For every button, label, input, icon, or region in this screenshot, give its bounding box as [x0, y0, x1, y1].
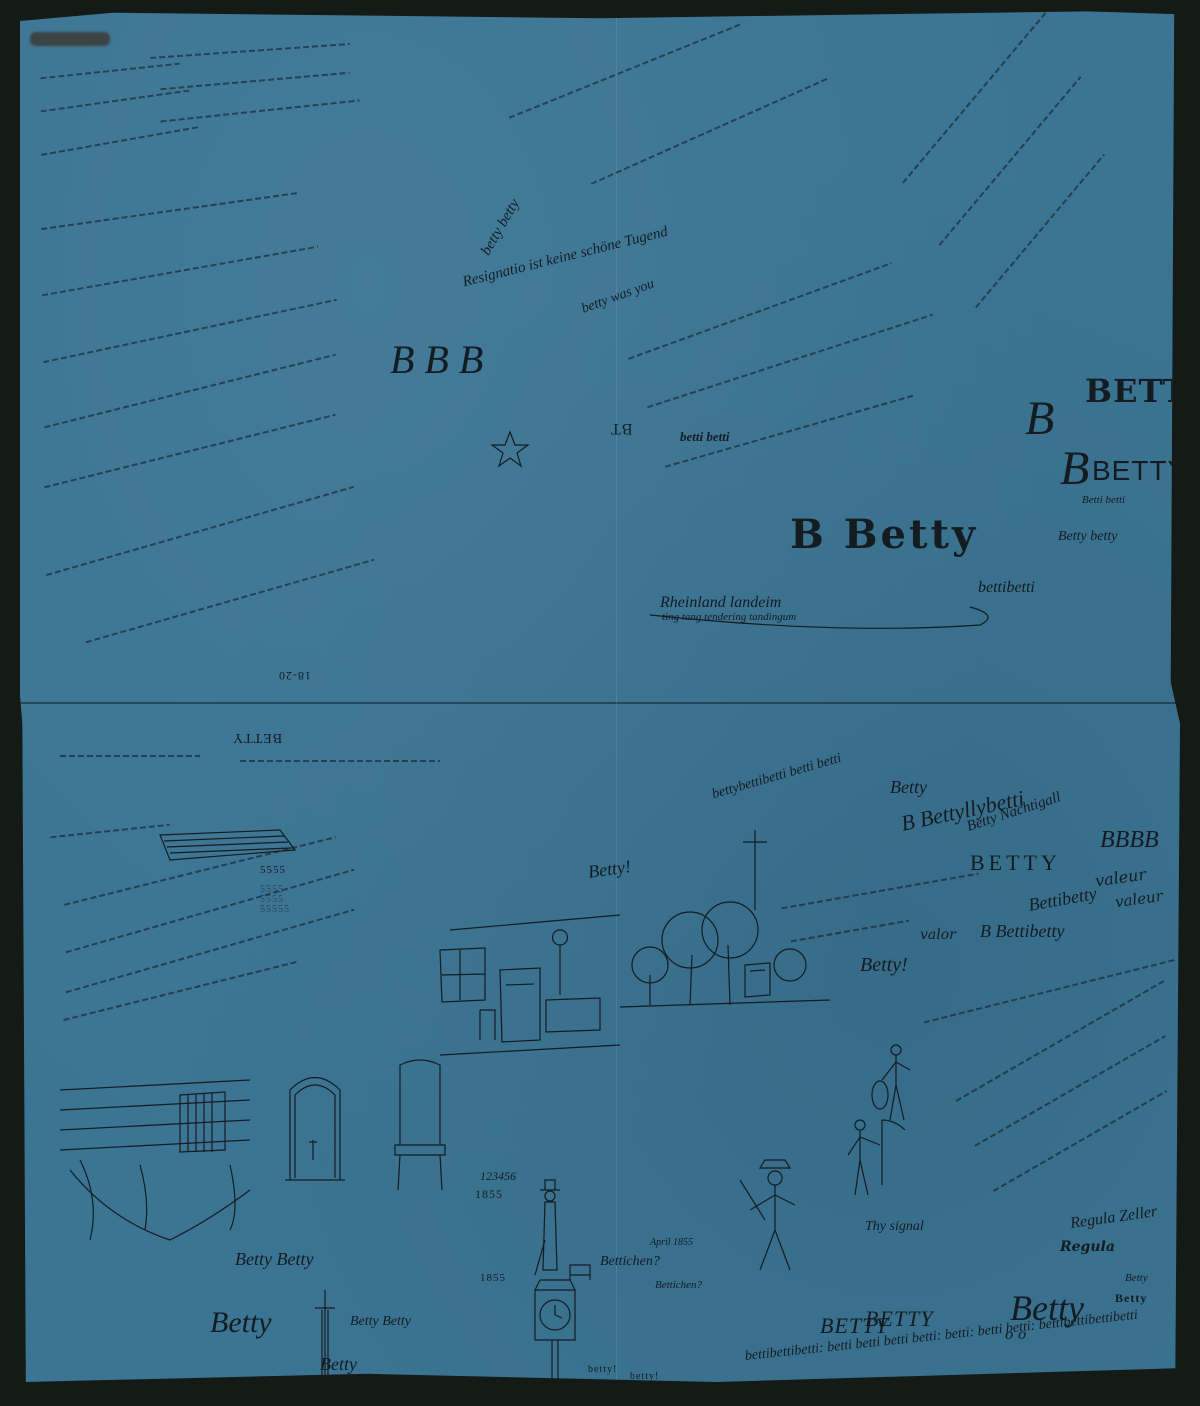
- scribble-line: [44, 354, 336, 429]
- inscription-betty-exclaim: Betty!: [587, 857, 632, 881]
- skeleton-violin-drawing: [735, 1160, 815, 1280]
- wall-clock-drawing: [530, 1280, 580, 1400]
- inscription-1855: 1855: [475, 1188, 503, 1200]
- numbers-5555: 5555: [260, 865, 286, 876]
- inscription-123456: 123456: [480, 1170, 516, 1182]
- inscription-bettichen-1: Bettichen?: [600, 1255, 660, 1269]
- cross-icon: [740, 830, 770, 910]
- scribble-line: [66, 869, 355, 954]
- scribble-line: [924, 959, 1177, 1024]
- b-monogram-1: B: [1025, 395, 1054, 443]
- scribble-line: [63, 961, 296, 1021]
- ink-stain: [30, 32, 110, 46]
- b-monogram-2: B: [1060, 445, 1089, 493]
- scribble-line: [60, 755, 200, 757]
- scribble-line: [50, 824, 170, 839]
- inscription-betti-betti: Betti betti: [1082, 495, 1125, 506]
- scribble-line: [956, 980, 1165, 1102]
- inscription-regula-zeller: Regula Zeller: [1069, 1204, 1158, 1232]
- scribble-line: [46, 486, 354, 576]
- inscription-18-20: 18-20: [278, 670, 311, 682]
- inscription-betty-right-2: Betty: [1115, 1292, 1147, 1304]
- scribble-line: [628, 262, 892, 360]
- inscription-b-bettibetty: B Bettibetty: [980, 922, 1064, 940]
- swoosh-underline: [640, 585, 1000, 645]
- arched-window-drawing: [285, 1070, 345, 1190]
- inscription-betty-exclaim-2: Betty!: [860, 955, 908, 975]
- trees-landscape-drawing: [620, 905, 830, 1015]
- inscription-betty-small: betty betty: [479, 197, 523, 258]
- scribble-line: [44, 414, 336, 489]
- scribble-line: [40, 63, 179, 80]
- ornate-chair-drawing: [390, 1055, 450, 1195]
- inscription-betty-caps-1: BETTY: [1085, 375, 1200, 407]
- inscription-betty-right-1: Betty: [1125, 1273, 1148, 1284]
- scribble-line: [240, 760, 440, 762]
- scribble-line: [160, 100, 359, 123]
- brick-wall-gate-drawing: [60, 1070, 260, 1240]
- inscription-betty-betty-lower-left: Betty Betty: [235, 1250, 313, 1268]
- inscription-betty-caps-2: BETTY: [1092, 457, 1187, 485]
- inscription-betty-betty: Betty betty: [1058, 530, 1117, 544]
- scribble-line: [781, 873, 978, 910]
- inscription-1855-b: 1855: [480, 1273, 506, 1284]
- inscription-betty-bl-1: Betty: [210, 1308, 272, 1338]
- inscription-april-1855: April 1855: [650, 1238, 693, 1248]
- scribble-line: [647, 314, 933, 409]
- large-title-b-betty: B Betty: [790, 515, 978, 555]
- scribble-line: [41, 126, 199, 156]
- scribble-line: [591, 77, 829, 185]
- scribble-line: [43, 299, 337, 363]
- inscription-valeur-1: valeur: [1094, 867, 1147, 890]
- inscription-betty-caps-lower: BETTY: [970, 852, 1061, 874]
- inscription-bt: BT: [610, 420, 632, 436]
- inscription-valor: valor: [920, 928, 956, 942]
- scribble-line: [42, 246, 318, 297]
- scribble-line: [41, 192, 299, 230]
- scribble-line: [939, 76, 1082, 246]
- star-icon: [490, 430, 530, 470]
- man-top-hat-drawing: [525, 1180, 595, 1280]
- inscription-bettibetti: bettibetti: [978, 580, 1035, 596]
- inscription-betti-row: bettibettibetti: betti betti betti betti…: [744, 1309, 1138, 1364]
- inscription-betty-q2: betty!: [630, 1372, 659, 1382]
- paper-sheet: Resignatio ist keine schöne Tugend betty…: [20, 10, 1180, 1382]
- inscription-thy-signal: Thy signal: [865, 1220, 924, 1234]
- scribble-line: [66, 909, 355, 994]
- inscription-betty-caps-bottom-2: BETTY: [865, 1308, 934, 1330]
- inscription-betty-bl-3: Betty: [320, 1355, 357, 1373]
- inscription-regula: Regula: [1060, 1240, 1115, 1254]
- inscription-betty-was-you: betty was you: [580, 277, 656, 316]
- scribble-line: [150, 43, 350, 59]
- interior-room-drawing: [420, 890, 620, 1060]
- inscription-bettichen-2: Bettichen?: [655, 1280, 702, 1291]
- inscription-betty-upside: BETTY: [232, 730, 282, 744]
- inscription-betti-betti: betti betti: [680, 430, 729, 443]
- inscription-betty-top: Betty: [890, 778, 927, 796]
- scribble-line: [974, 1035, 1166, 1147]
- scribble-line: [160, 72, 349, 91]
- inscription-ornament-letters: B B B: [390, 340, 483, 380]
- skeleton-scythe-drawing: [840, 1115, 910, 1205]
- horizontal-fold: [20, 702, 1180, 704]
- scribble-line: [41, 90, 190, 113]
- inscription-valeur-2: valeur: [1114, 889, 1164, 911]
- numbers-5555-list: 5555 5555 55555: [260, 885, 300, 915]
- inscription-bbbb: BBBB: [1100, 828, 1159, 852]
- inscription-betty-cross: bettybettibetti betti betti: [711, 752, 843, 802]
- scribble-line: [86, 559, 375, 644]
- inscription-betty-bl-2: Betty Betty: [350, 1315, 411, 1329]
- inscription-bettibetty: Bettibetty: [1027, 884, 1098, 914]
- vertical-fold: [616, 10, 617, 1382]
- scribble-line: [993, 1090, 1167, 1192]
- scribble-line: [509, 23, 742, 119]
- scribble-line: [902, 0, 1058, 184]
- inscription-betty-q1: betty!: [588, 1365, 617, 1375]
